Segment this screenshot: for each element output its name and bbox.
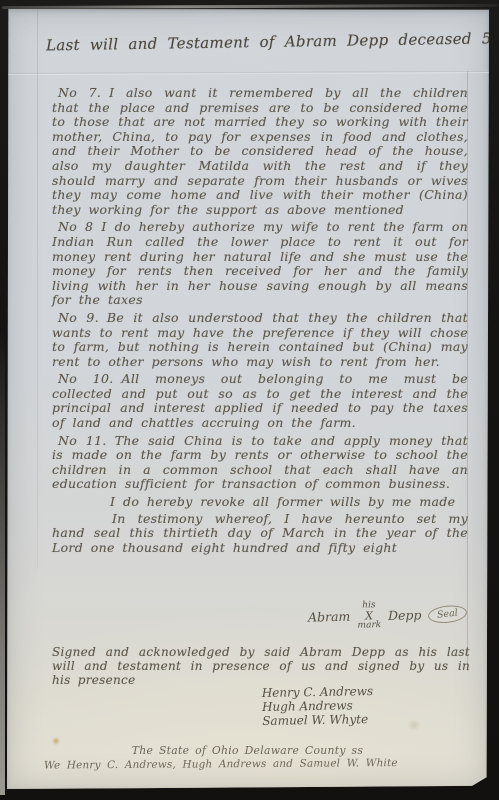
- signature-last-name: Depp: [388, 607, 422, 623]
- paragraph-number: No 8: [58, 219, 93, 234]
- paragraph-text: I also want it remembered by all the chi…: [52, 85, 468, 217]
- revocation-clause: I do hereby revoke all former wills by m…: [52, 495, 468, 510]
- document-title-text: Last will and Testament of Abram Depp de…: [46, 30, 472, 55]
- document-number: 589: [482, 29, 499, 47]
- left-fold-crease: [37, 9, 38, 569]
- paragraph-text: I do hereby authorize my wife to rent th…: [52, 219, 468, 307]
- scanned-will-photo: { "page": { "header": { "title": "Last w…: [0, 0, 499, 800]
- will-paragraph-11: No 11.The said China is to take and appl…: [52, 434, 468, 492]
- will-paragraph-9: No 9.Be it also understood that they the…: [52, 311, 468, 369]
- will-document-page: Last will and Testament of Abram Depp de…: [6, 9, 489, 789]
- paragraph-number: No 11.: [58, 433, 107, 448]
- photo-edge-shine: [0, 330, 5, 795]
- paragraph-text: All moneys out belonging to me must be c…: [52, 371, 468, 430]
- will-body: No 7.I also want it remembered by all th…: [52, 86, 468, 555]
- certification-venue-line: The State of Ohio Delaware County ss: [6, 744, 489, 757]
- signature-mark: his X mark: [357, 601, 381, 630]
- paragraph-text: Be it also understood that they the chil…: [52, 310, 468, 369]
- paragraph-number: No 10.: [58, 371, 114, 386]
- paragraph-number: No 7.: [58, 85, 101, 100]
- signature-first-name: Abram: [308, 609, 351, 625]
- seal-flourish: Seal: [428, 604, 468, 625]
- will-paragraph-7: No 7.I also want it remembered by all th…: [52, 86, 468, 217]
- will-paragraph-8: No 8I do hereby authorize my wife to ren…: [52, 220, 468, 308]
- sleeve-highlight: [2, 4, 498, 9]
- mark-label-mark: mark: [357, 621, 381, 630]
- witness-signature-1: Henry C. Andrews: [262, 684, 374, 700]
- document-title: Last will and Testament of Abram Depp de…: [46, 30, 479, 55]
- witness-signature-3: Samuel W. Whyte: [262, 712, 374, 728]
- will-paragraph-10: No 10.All moneys out belonging to me mus…: [52, 372, 468, 430]
- testator-signature: Abram his X mark Depp Seal: [308, 599, 468, 631]
- header-crease-line: [6, 71, 489, 75]
- certification-witness-line: We Henry C. Andrews, Hugh Andrews and Sa…: [44, 756, 483, 771]
- testimonium-clause: In testimony whereof, I have hereunto se…: [52, 512, 468, 556]
- paragraph-number: No 9.: [58, 310, 99, 325]
- paragraph-text: The said China is to take and apply mone…: [52, 433, 468, 492]
- attestation-clause: Signed and acknowledged by said Abram De…: [52, 646, 470, 687]
- witness-signatures: Henry C. Andrews Hugh Andrews Samuel W. …: [262, 684, 374, 729]
